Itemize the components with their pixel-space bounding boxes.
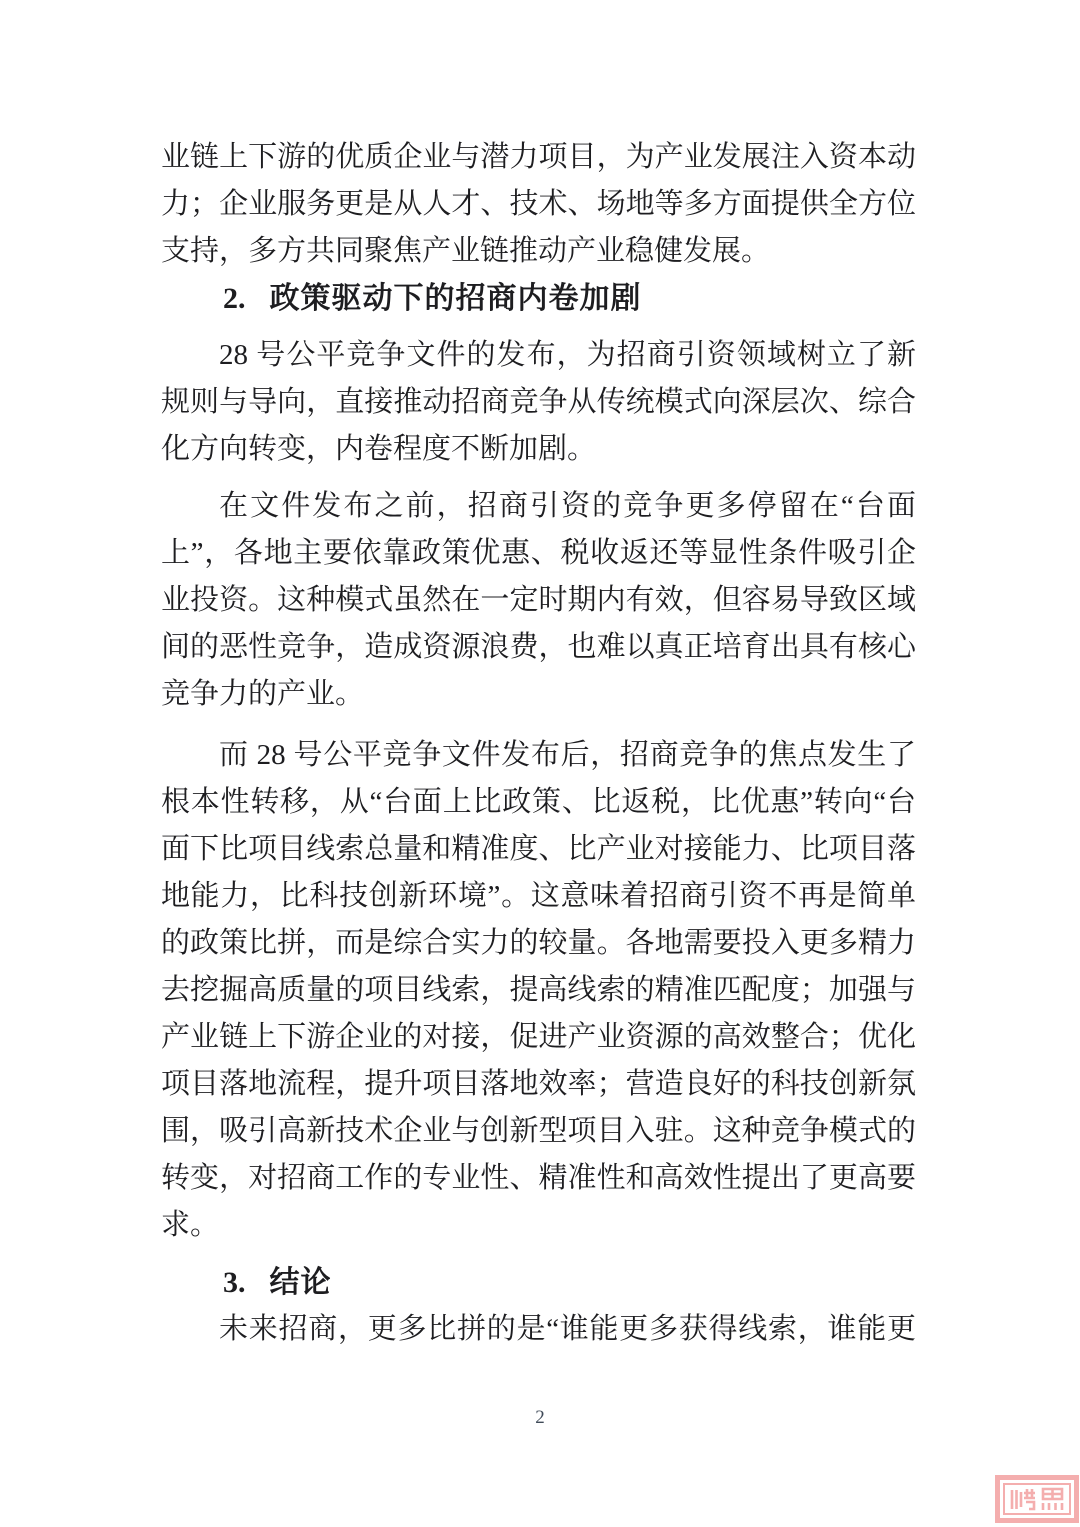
page-number: 2 — [0, 1405, 1080, 1431]
body-line: 面下比项目线索总量和精准度、比产业对接能力、比项目落 — [161, 826, 916, 873]
section-heading-2: 2.政策驱动下的招商内卷加剧 — [161, 275, 916, 322]
body-line: 项目落地流程，提升项目落地效率；营造良好的科技创新氛 — [161, 1061, 916, 1108]
body-line: 转变，对招商工作的专业性、精准性和高效性提出了更高要 — [161, 1155, 916, 1202]
body-line: 业链上下游的优质企业与潜力项目，为产业发展注入资本动 — [161, 134, 916, 181]
body-line: 在文件发布之前，招商引资的竞争更多停留在“台面 — [161, 483, 916, 530]
body-line: 地能力，比科技创新环境”。这意味着招商引资不再是简单 — [161, 873, 916, 920]
seal-character-glyph — [1009, 1486, 1036, 1513]
heading-number: 2. — [223, 282, 246, 315]
section-heading-3: 3.结论 — [161, 1259, 916, 1306]
body-line: 竞争力的产业。 — [161, 671, 916, 718]
body-line: 业投资。这种模式虽然在一定时期内有效，但容易导致区域 — [161, 577, 916, 624]
body-line: 上”，各地主要依靠政策优惠、税收返还等显性条件吸引企 — [161, 530, 916, 577]
body-line: 而 28 号公平竞争文件发布后，招商竞争的焦点发生了 — [161, 732, 916, 779]
body-line: 间的恶性竞争，造成资源浪费，也难以真正培育出具有核心 — [161, 624, 916, 671]
heading-title: 结论 — [270, 1266, 332, 1299]
seal-watermark — [995, 1475, 1079, 1523]
body-line: 规则与导向，直接推动招商竞争从传统模式向深层次、综合 — [161, 379, 916, 426]
body-line: 力；企业服务更是从人才、技术、场地等多方面提供全方位 — [161, 181, 916, 228]
body-line: 围，吸引高新技术企业与创新型项目入驻。这种竞争模式的 — [161, 1108, 916, 1155]
body-line: 未来招商，更多比拼的是“谁能更多获得线索，谁能更 — [161, 1306, 916, 1353]
body-line: 去挖掘高质量的项目线索，提高线索的精准匹配度；加强与 — [161, 967, 916, 1014]
body-line: 28 号公平竞争文件的发布，为招商引资领域树立了新的 — [161, 332, 916, 379]
document-page: 业链上下游的优质企业与潜力项目，为产业发展注入资本动 力；企业服务更是从人才、技… — [0, 0, 1080, 1527]
body-line: 的政策比拼，而是综合实力的较量。各地需要投入更多精力 — [161, 920, 916, 967]
body-line: 产业链上下游企业的对接，促进产业资源的高效整合；优化 — [161, 1014, 916, 1061]
body-line: 化方向转变，内卷程度不断加剧。 — [161, 426, 916, 473]
body-line: 支持，多方共同聚焦产业链推动产业稳健发展。 — [161, 228, 916, 275]
heading-number: 3. — [223, 1266, 246, 1299]
document-body: 业链上下游的优质企业与潜力项目，为产业发展注入资本动 力；企业服务更是从人才、技… — [161, 134, 916, 1353]
body-line: 根本性转移，从“台面上比政策、比返税，比优惠”转向“台 — [161, 779, 916, 826]
seal-inner-frame — [1003, 1483, 1071, 1515]
heading-title: 政策驱动下的招商内卷加剧 — [270, 282, 642, 315]
seal-character-glyph — [1039, 1486, 1066, 1513]
body-line: 求。 — [161, 1202, 916, 1249]
